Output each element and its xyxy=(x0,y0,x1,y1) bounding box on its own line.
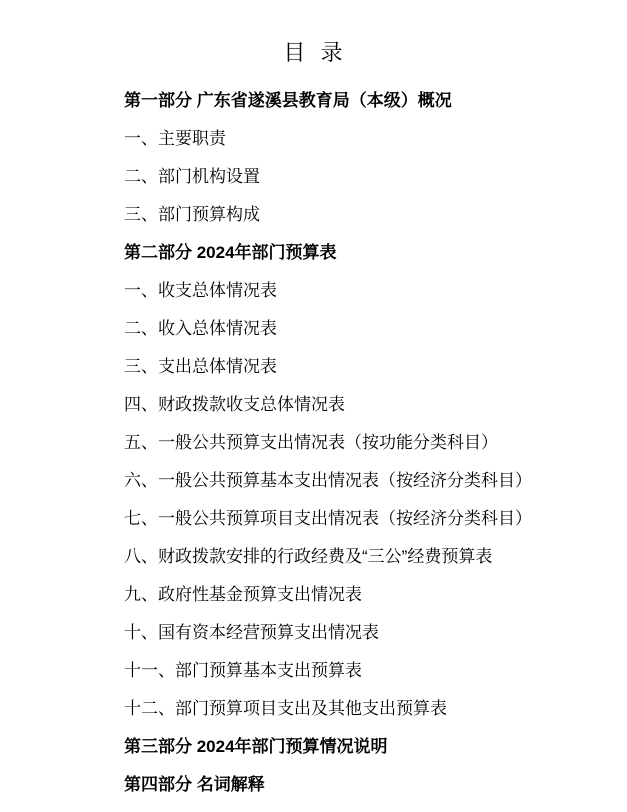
toc-part-heading-1: 第一部分 广东省遂溪县教育局（本级）概况 xyxy=(124,82,597,120)
toc-entry: 五、一般公共预算支出情况表（按功能分类科目） xyxy=(124,424,597,462)
toc-entry: 四、财政拨款收支总体情况表 xyxy=(124,386,597,424)
toc-entry: 一、主要职责 xyxy=(124,120,597,158)
toc-entry: 一、收支总体情况表 xyxy=(124,272,597,310)
table-of-contents: 第一部分 广东省遂溪县教育局（本级）概况 一、主要职责 二、部门机构设置 三、部… xyxy=(124,82,597,804)
toc-part-heading-4: 第四部分 名词解释 xyxy=(124,766,597,804)
toc-entry: 三、部门预算构成 xyxy=(124,196,597,234)
toc-entry: 八、财政拨款安排的行政经费及“三公”经费预算表 xyxy=(124,538,597,576)
page-title: 目 录 xyxy=(0,0,627,65)
toc-entry: 十二、部门预算项目支出及其他支出预算表 xyxy=(124,690,597,728)
document-page: 目 录 第一部分 广东省遂溪县教育局（本级）概况 一、主要职责 二、部门机构设置… xyxy=(0,0,627,812)
toc-part-heading-3: 第三部分 2024年部门预算情况说明 xyxy=(124,728,597,766)
toc-entry: 六、一般公共预算基本支出情况表（按经济分类科目） xyxy=(124,462,597,500)
toc-entry: 二、收入总体情况表 xyxy=(124,310,597,348)
toc-entry: 二、部门机构设置 xyxy=(124,158,597,196)
toc-entry: 十一、部门预算基本支出预算表 xyxy=(124,652,597,690)
toc-entry: 十、国有资本经营预算支出情况表 xyxy=(124,614,597,652)
toc-entry: 七、一般公共预算项目支出情况表（按经济分类科目） xyxy=(124,500,597,538)
toc-entry: 三、支出总体情况表 xyxy=(124,348,597,386)
toc-entry: 九、政府性基金预算支出情况表 xyxy=(124,576,597,614)
toc-part-heading-2: 第二部分 2024年部门预算表 xyxy=(124,234,597,272)
